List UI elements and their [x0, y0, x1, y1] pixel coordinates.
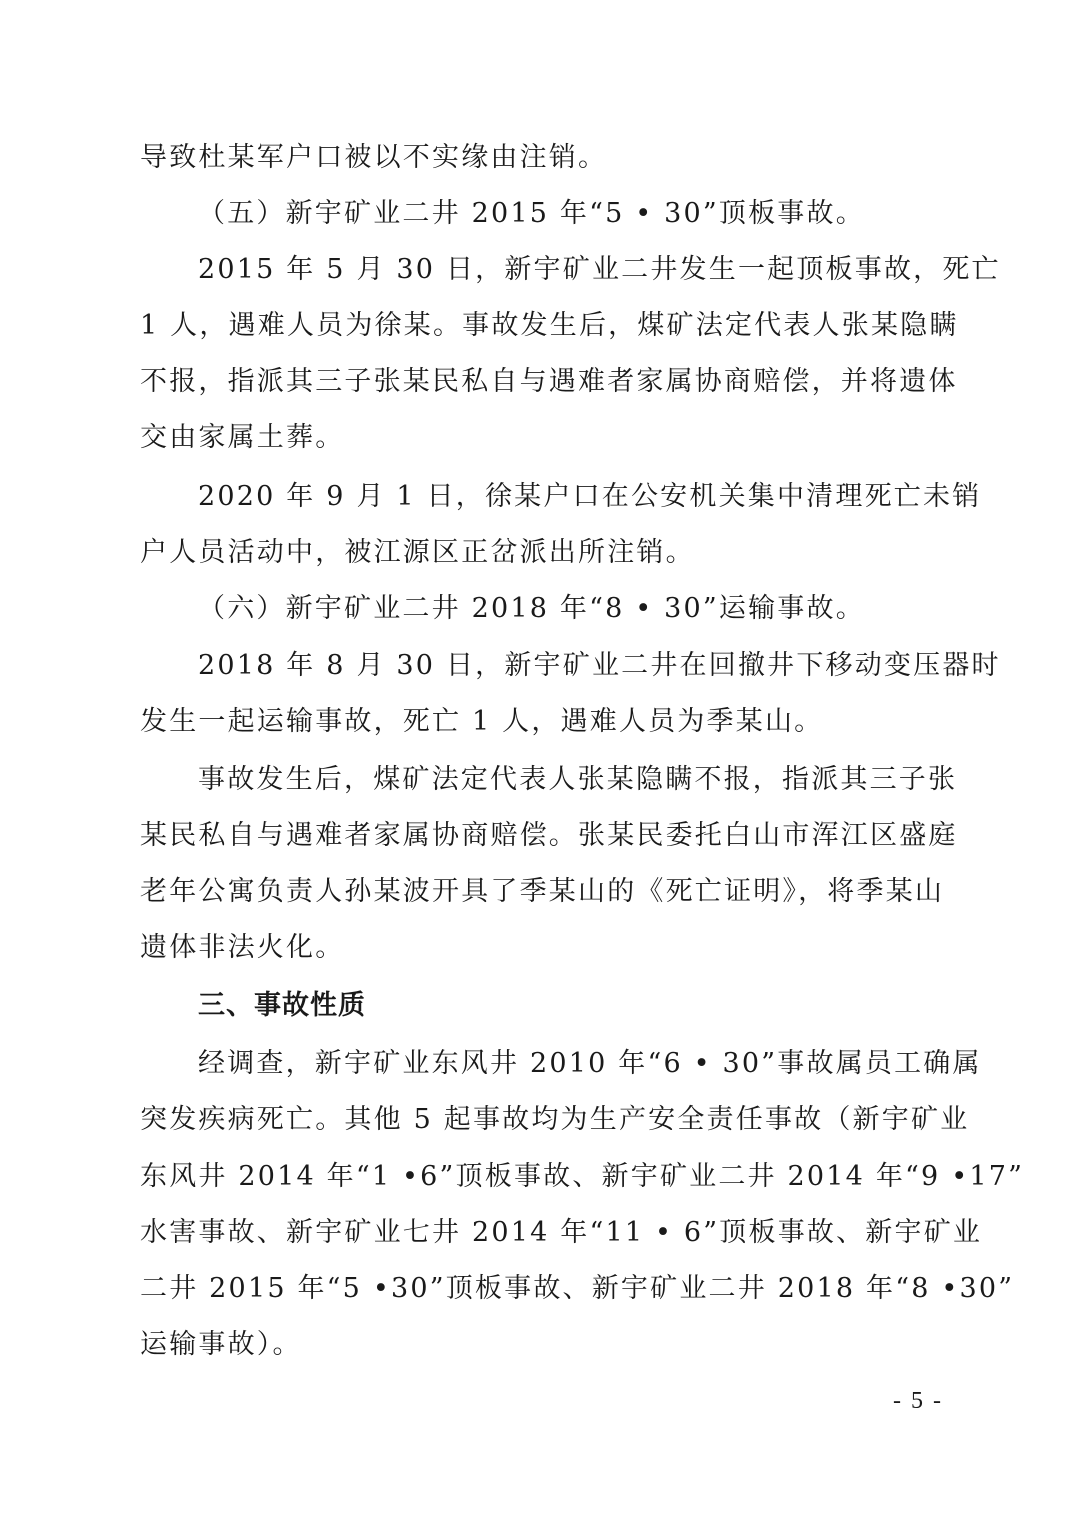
paragraph-line: 东风井 2014 年“1 •6”顶板事故、新宇矿业二井 2014 年“9 •17… [140, 1159, 942, 1195]
paragraph-line: 2015 年 5 月 30 日，新宇矿业二井发生一起顶板事故，死亡 [198, 252, 942, 288]
paragraph-line: 某民私自与遇难者家属协商赔偿。张某民委托白山市浑江区盛庭 [140, 818, 942, 854]
paragraph-line: 1 人，遇难人员为徐某。事故发生后，煤矿法定代表人张某隐瞒 [140, 308, 942, 344]
paragraph-line: 遗体非法火化。 [140, 930, 344, 966]
paragraph-line: 突发疾病死亡。其他 5 起事故均为生产安全责任事故（新宇矿业 [140, 1102, 942, 1138]
paragraph-line: 二井 2015 年“5 •30”顶板事故、新宇矿业二井 2018 年“8 •30… [140, 1271, 942, 1307]
subsection-heading: （六）新宇矿业二井 2018 年“8 • 30”运输事故。 [198, 591, 865, 627]
paragraph-line: 交由家属土葬。 [140, 420, 344, 456]
paragraph-line: 运输事故）。 [140, 1327, 302, 1363]
paragraph-line: 老年公寓负责人孙某波开具了季某山的《死亡证明》，将季某山 [140, 874, 942, 910]
paragraph-line: 经调查，新宇矿业东风井 2010 年“6 • 30”事故属员工确属 [198, 1046, 942, 1082]
paragraph-line: 事故发生后，煤矿法定代表人张某隐瞒不报，指派其三子张 [198, 762, 942, 798]
paragraph-line: 不报，指派其三子张某民私自与遇难者家属协商赔偿，并将遗体 [140, 364, 942, 400]
paragraph-line: 导致杜某军户口被以不实缘由注销。 [140, 140, 607, 176]
paragraph-line: 发生一起运输事故，死亡 1 人，遇难人员为季某山。 [140, 704, 823, 740]
paragraph-line: 户人员活动中，被江源区正岔派出所注销。 [140, 535, 695, 571]
paragraph-line: 2018 年 8 月 30 日，新宇矿业二井在回撤井下移动变压器时 [198, 648, 942, 684]
page-number: - 5 - [893, 1388, 943, 1415]
subsection-heading: （五）新宇矿业二井 2015 年“5 • 30”顶板事故。 [198, 196, 865, 232]
paragraph-line: 2020 年 9 月 1 日，徐某户口在公安机关集中清理死亡未销 [198, 479, 942, 515]
section-heading: 三、事故性质 [198, 988, 366, 1024]
paragraph-line: 水害事故、新宇矿业七井 2014 年“11 • 6”顶板事故、新宇矿业 [140, 1215, 942, 1251]
